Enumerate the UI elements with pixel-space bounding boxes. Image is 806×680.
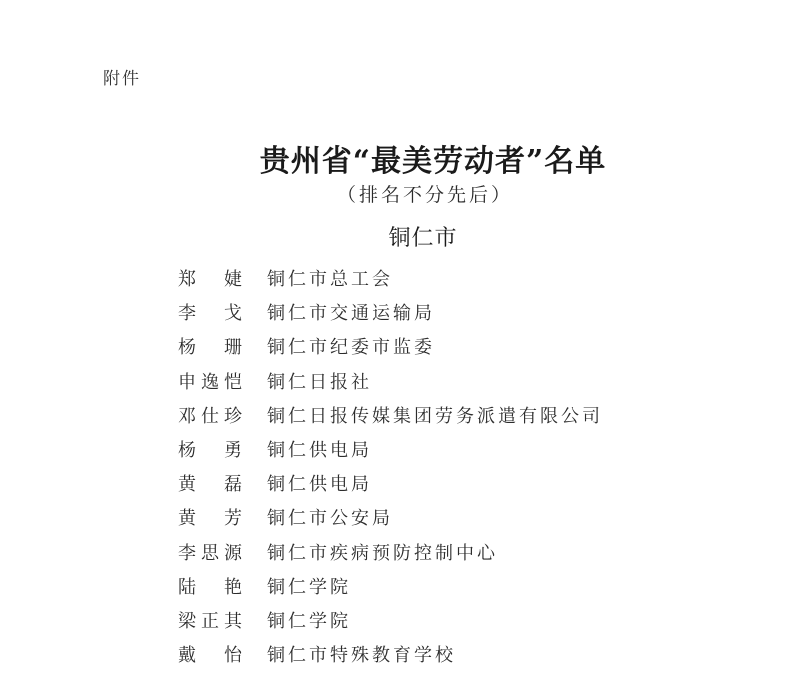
person-name: 陆艳 [178,574,242,602]
organization: 铜仁学院 [267,574,351,602]
document-subtitle: （排名不分先后） [0,180,806,207]
organization: 铜仁市交通运输局 [267,300,435,328]
organization: 铜仁供电局 [267,437,372,465]
person-name: 梁正其 [178,608,242,636]
person-name: 申逸恺 [178,369,242,397]
person-name: 邓仕珍 [178,403,242,431]
person-name: 戴怡 [178,642,242,670]
organization: 铜仁学院 [267,608,351,636]
organization: 铜仁供电局 [267,471,372,499]
attachment-label: 附件 [103,64,141,89]
person-name: 李思源 [178,540,242,568]
organization: 铜仁市纪委市监委 [267,334,435,362]
person-name: 李戈 [178,300,242,328]
person-name: 黄磊 [178,471,242,499]
organization: 铜仁市特殊教育学校 [267,642,456,670]
document-title: 贵州省“最美劳动者”名单 [0,136,806,180]
organization: 铜仁市总工会 [267,266,393,294]
organization: 铜仁市疾病预防控制中心 [267,540,498,568]
person-name: 黄芳 [178,505,242,533]
organization: 铜仁日报传媒集团劳务派遣有限公司 [267,403,603,431]
person-name: 杨勇 [178,437,242,465]
organization: 铜仁市公安局 [267,505,393,533]
region-heading: 铜仁市 [0,221,806,252]
person-name: 杨珊 [178,334,242,362]
person-name: 郑婕 [178,266,242,294]
organization: 铜仁日报社 [267,369,372,397]
